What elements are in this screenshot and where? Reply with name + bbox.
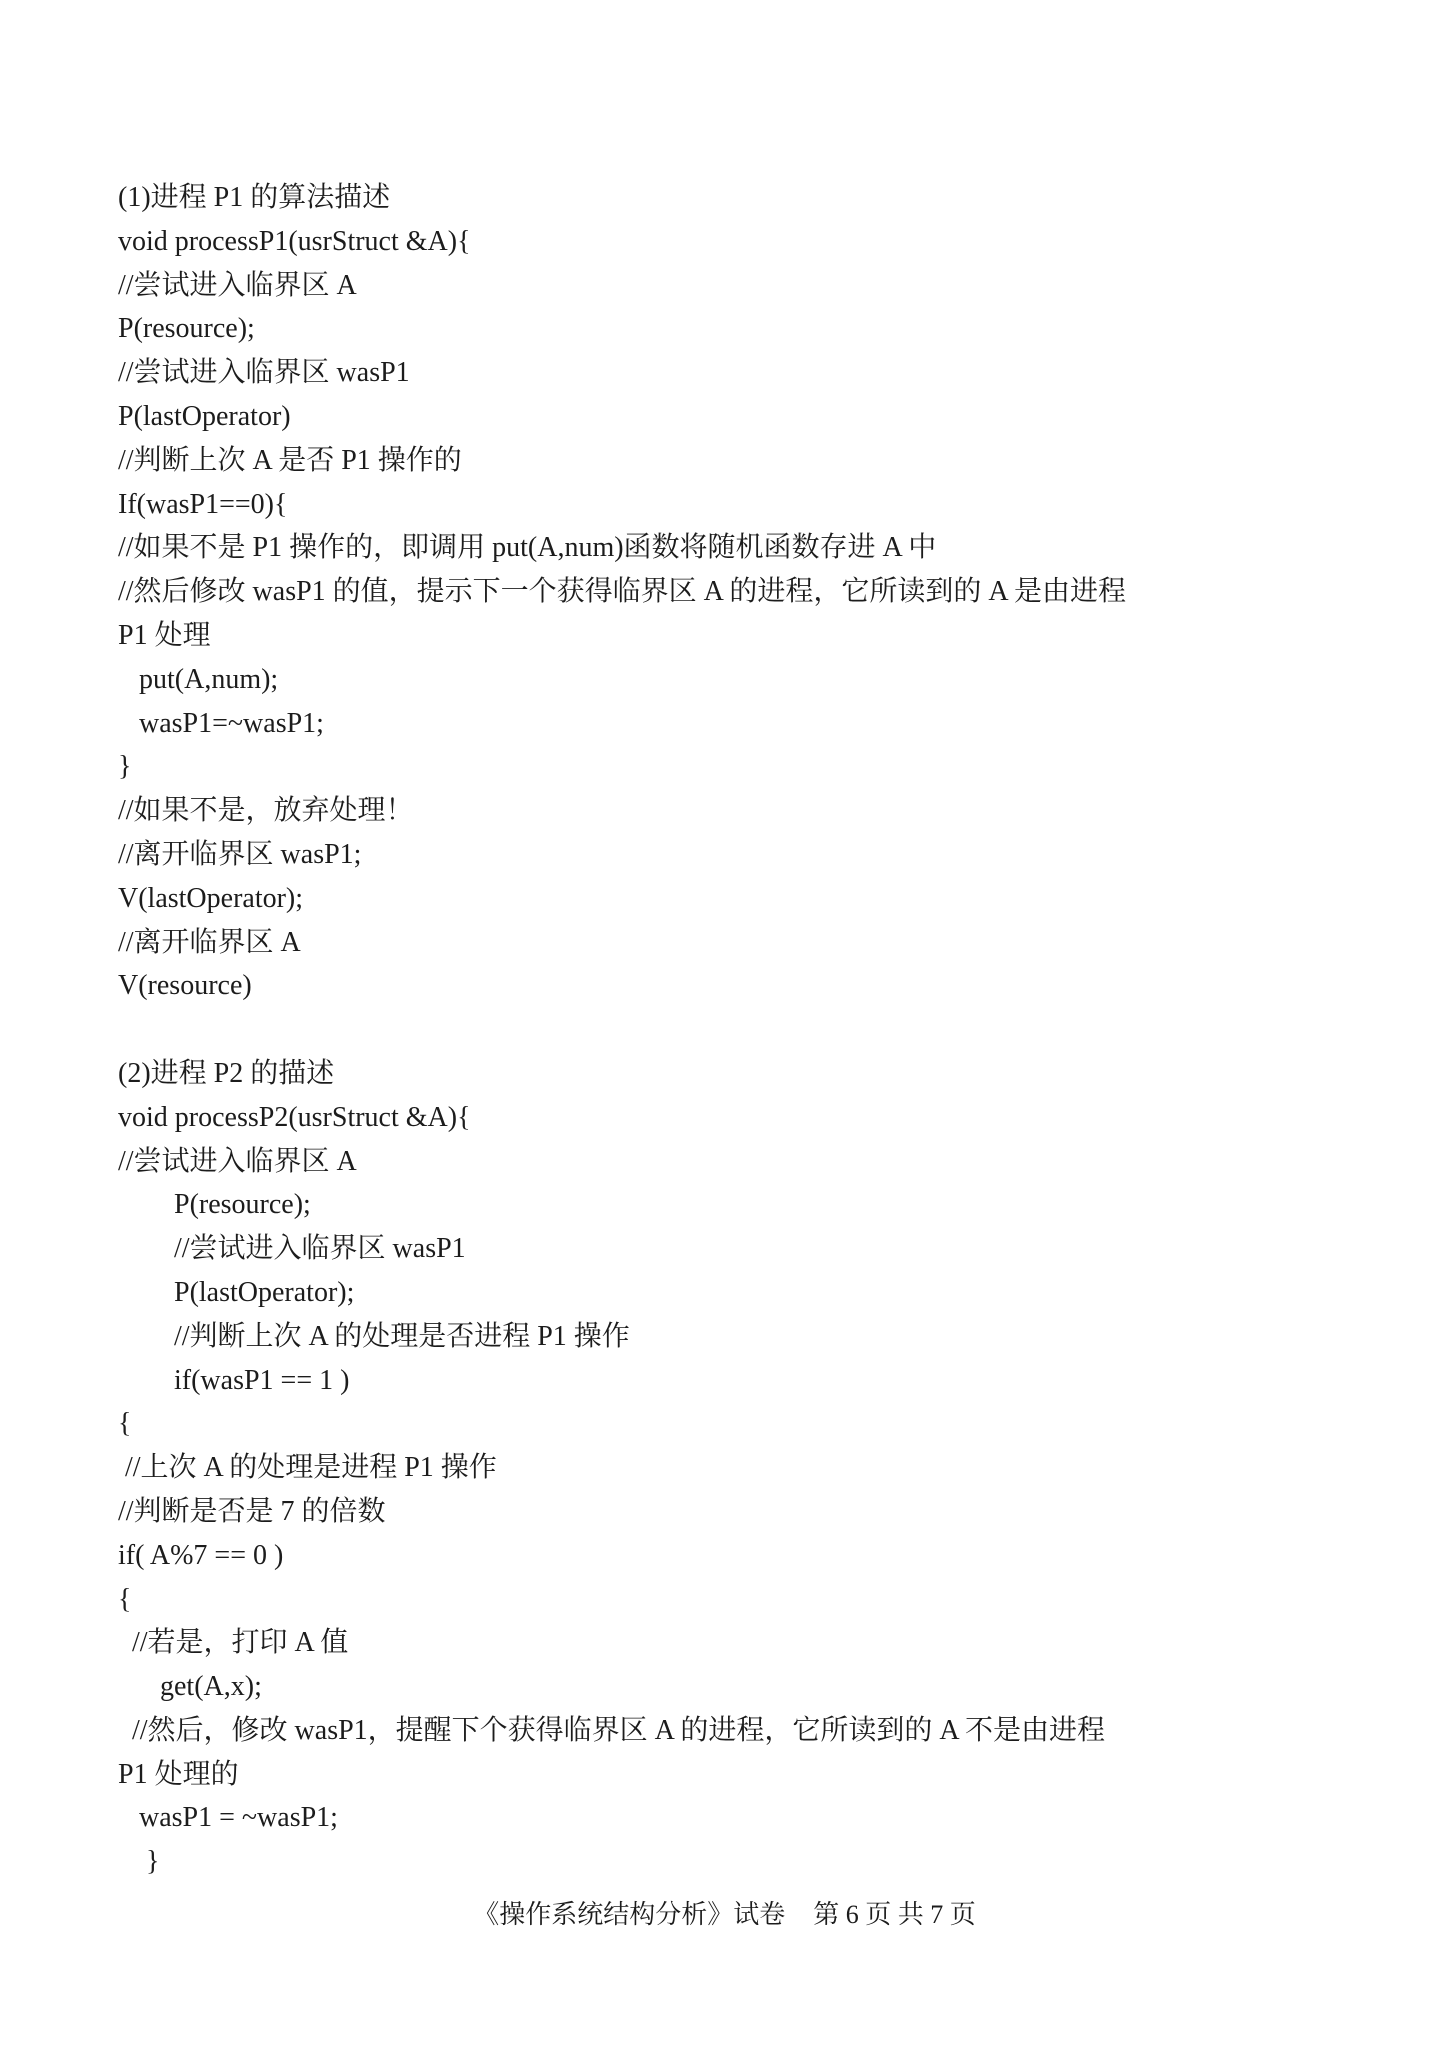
text-line: P(lastOperator): [118, 395, 1388, 439]
text-line: wasP1 = ~wasP1;: [118, 1796, 1388, 1840]
text-line: {: [118, 1578, 1388, 1622]
text-line: put(A,num);: [118, 658, 1388, 702]
exam-page: (1)进程 P1 的算法描述void processP1(usrStruct &…: [0, 0, 1449, 2048]
footer-page-number: 第 6 页 共 7 页: [813, 1900, 976, 1929]
text-line: if(wasP1 == 1 ): [118, 1359, 1388, 1403]
text-line: }: [118, 1840, 1388, 1884]
text-line: //然后修改 wasP1 的值，提示下一个获得临界区 A 的进程，它所读到的 A…: [118, 570, 1388, 614]
text-line: P(resource);: [118, 307, 1388, 351]
text-line: V(lastOperator);: [118, 877, 1388, 921]
text-line: void processP1(usrStruct &A){: [118, 220, 1388, 264]
text-line: //判断上次 A 是否 P1 操作的: [118, 439, 1388, 483]
text-line: {: [118, 1402, 1388, 1446]
text-line: (1)进程 P1 的算法描述: [118, 176, 1388, 220]
text-line: //如果不是，放弃处理！: [118, 789, 1388, 833]
text-line: P1 处理的: [118, 1753, 1388, 1797]
text-line: //尝试进入临界区 wasP1: [118, 1227, 1388, 1271]
text-line: //若是，打印 A 值: [118, 1621, 1388, 1665]
text-line: //离开临界区 wasP1;: [118, 833, 1388, 877]
text-line: (2)进程 P2 的描述: [118, 1052, 1388, 1096]
text-line: //尝试进入临界区 A: [118, 1140, 1388, 1184]
text-line: //尝试进入临界区 A: [118, 264, 1388, 308]
text-line: //上次 A 的处理是进程 P1 操作: [118, 1446, 1388, 1490]
text-line: P(lastOperator);: [118, 1271, 1388, 1315]
text-line: if( A%7 == 0 ): [118, 1534, 1388, 1578]
text-line: //离开临界区 A: [118, 921, 1388, 965]
text-line: //尝试进入临界区 wasP1: [118, 351, 1388, 395]
text-line: //判断上次 A 的处理是否进程 P1 操作: [118, 1315, 1388, 1359]
text-line: wasP1=~wasP1;: [118, 702, 1388, 746]
text-line: }: [118, 745, 1388, 789]
text-line: [118, 1008, 1388, 1052]
text-line: //判断是否是 7 的倍数: [118, 1490, 1388, 1534]
text-line: void processP2(usrStruct &A){: [118, 1096, 1388, 1140]
text-line: //然后，修改 wasP1，提醒下个获得临界区 A 的进程，它所读到的 A 不是…: [118, 1709, 1388, 1753]
text-line: If(wasP1==0){: [118, 483, 1388, 527]
text-line: //如果不是 P1 操作的，即调用 put(A,num)函数将随机函数存进 A …: [118, 526, 1388, 570]
footer-exam-title: 《操作系统结构分析》试卷: [473, 1900, 785, 1929]
text-line: V(resource): [118, 964, 1388, 1008]
text-line: P1 处理: [118, 614, 1388, 658]
code-listing: (1)进程 P1 的算法描述void processP1(usrStruct &…: [118, 176, 1388, 1884]
text-line: get(A,x);: [118, 1665, 1388, 1709]
text-line: P(resource);: [118, 1183, 1388, 1227]
page-footer: 《操作系统结构分析》试卷第 6 页 共 7 页: [0, 1898, 1449, 1932]
